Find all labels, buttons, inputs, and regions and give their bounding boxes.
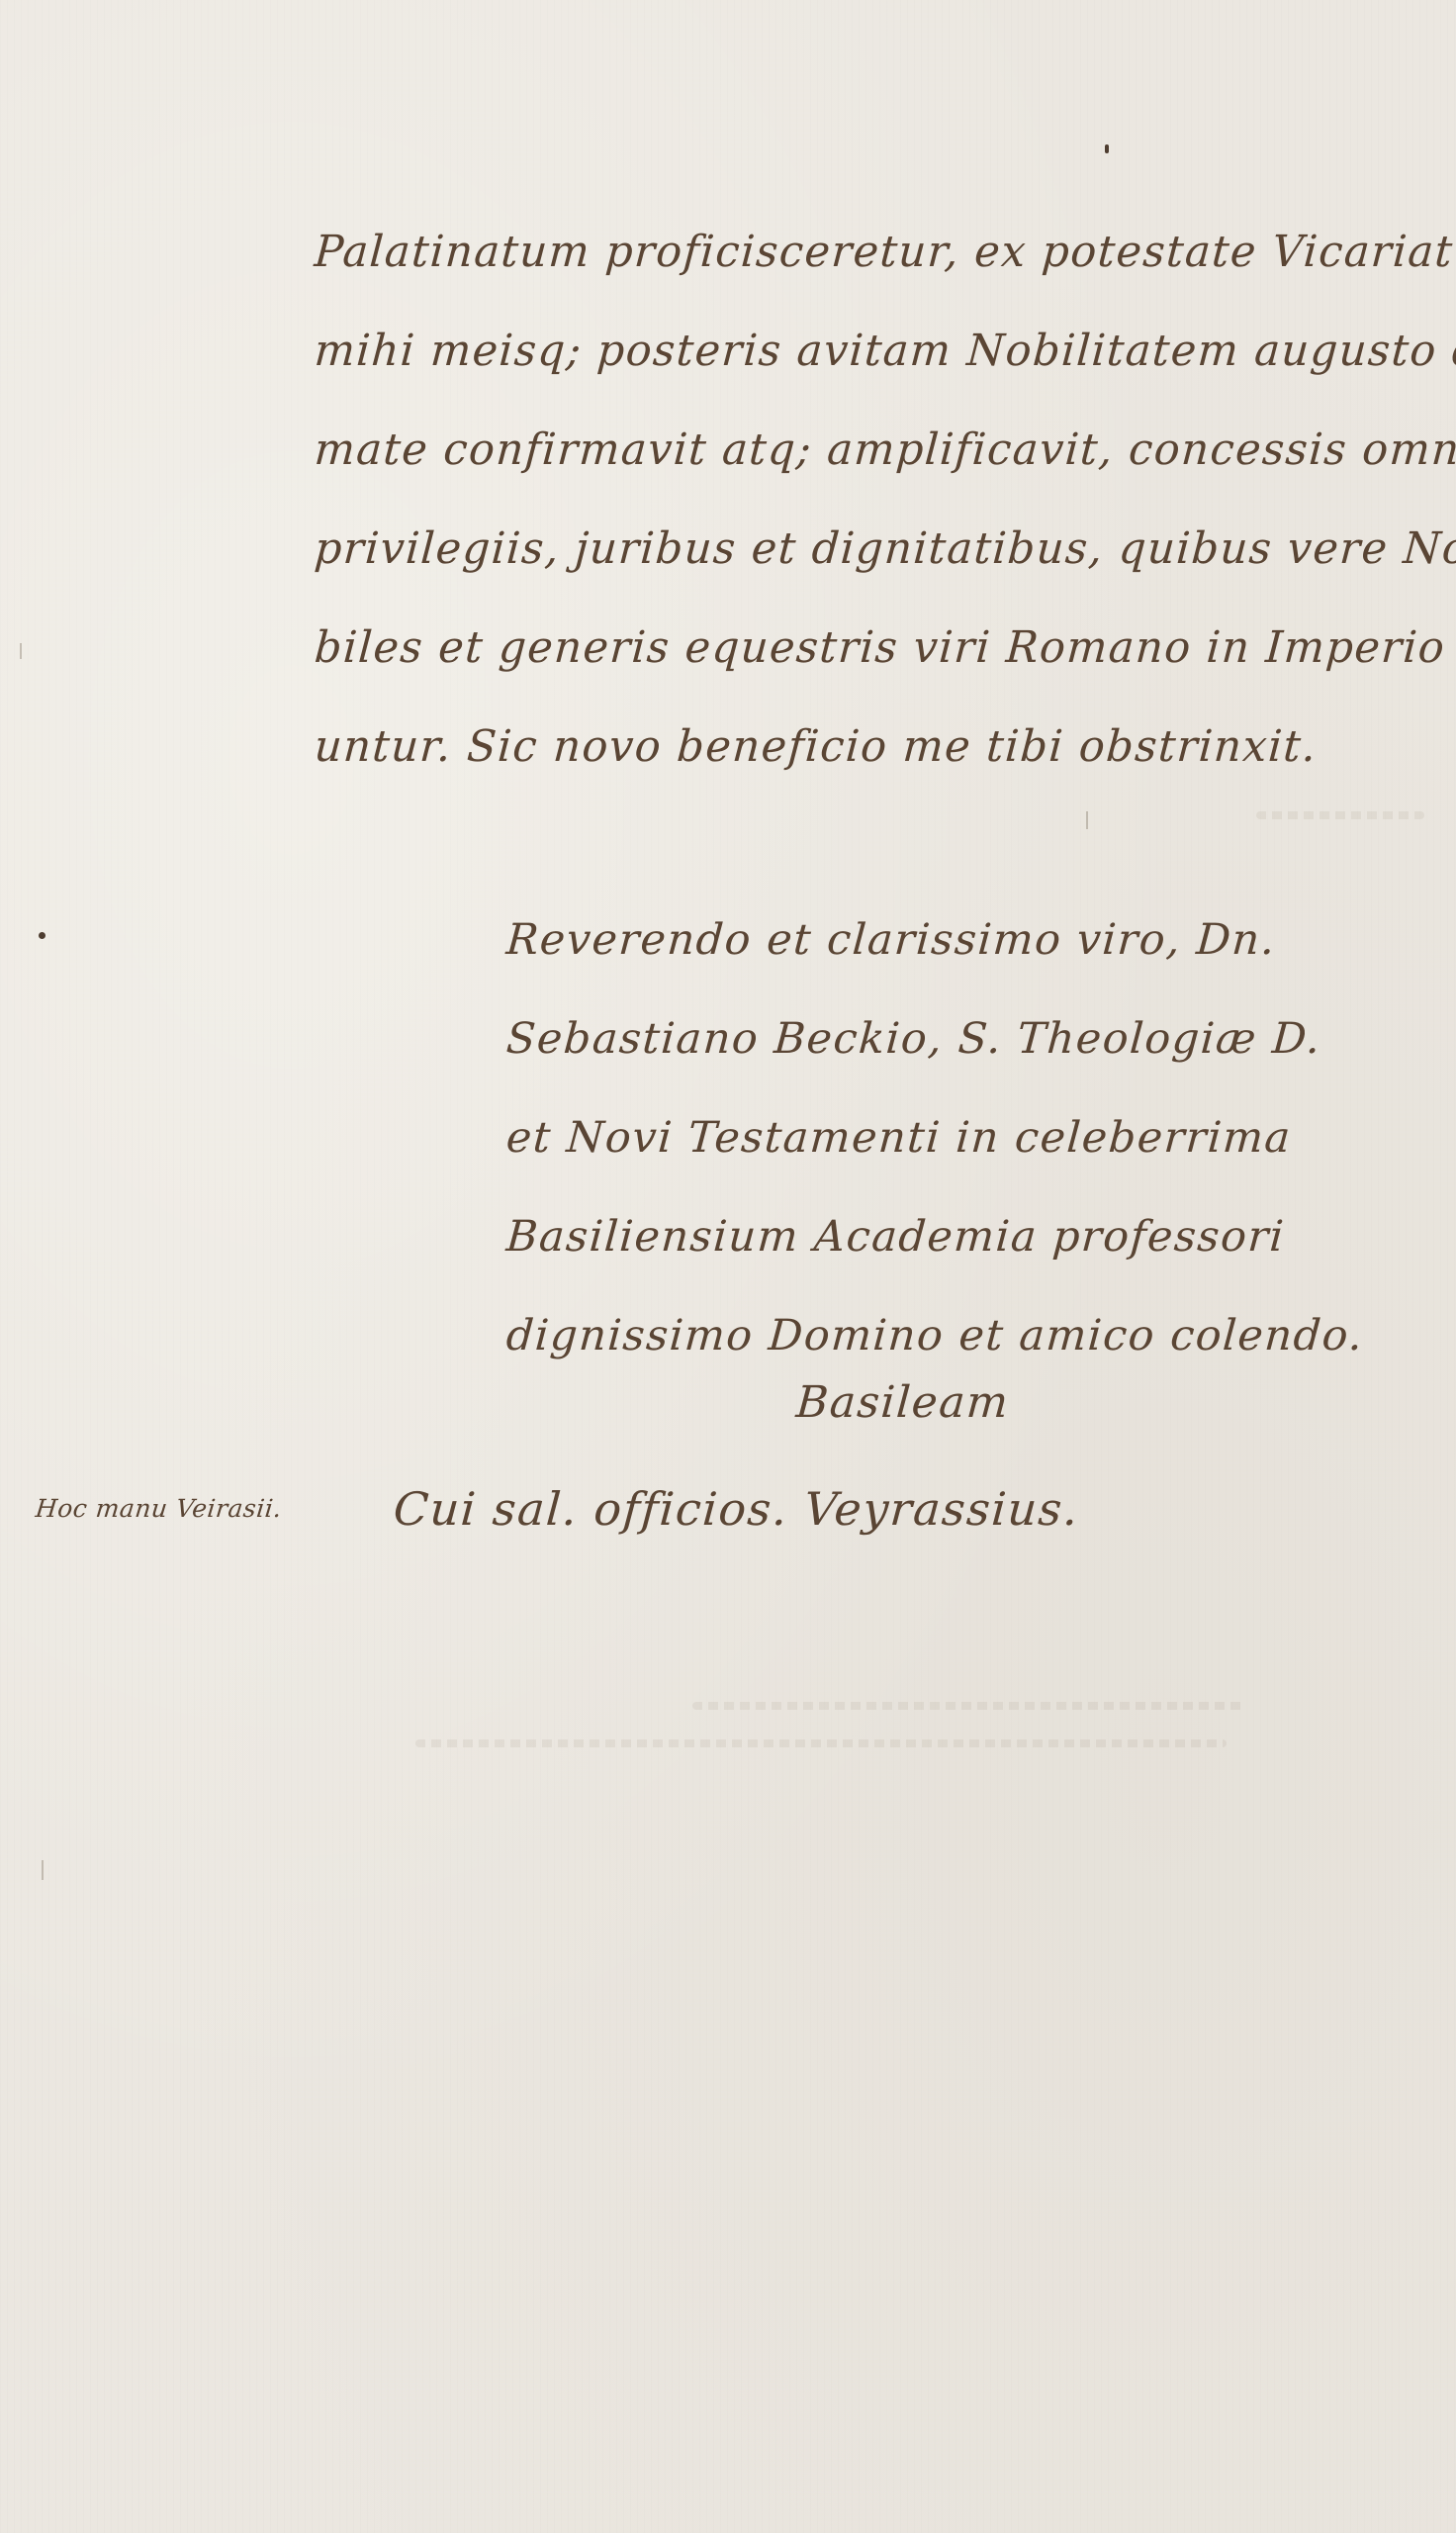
destination-city: Basileam	[793, 1354, 1013, 1453]
manuscript-page: Palatinatum proficisceretur, ex potestat…	[0, 0, 1456, 2533]
faint-mark-low	[42, 1860, 44, 1880]
ink-speck-left-margin	[39, 932, 45, 939]
address-line: Sebastiano Beckio, S. Theologiæ D.	[503, 989, 1223, 1088]
faint-mark-left	[20, 643, 22, 659]
body-line: biles et generis equestris viri Romano i…	[312, 599, 1385, 698]
letter-body: Palatinatum proficisceretur, ex potestat…	[315, 203, 1403, 797]
bleed-through-line-2	[692, 1702, 1246, 1710]
body-line: privilegiis, juribus et dignitatibus, qu…	[312, 500, 1385, 599]
body-line: untur. Sic novo beneficio me tibi obstri…	[312, 698, 1385, 797]
body-line: mate confirmavit atq; amplificavit, conc…	[312, 401, 1385, 500]
ink-speck-top	[1105, 144, 1109, 153]
address-line: Basiliensium Academia professori	[503, 1187, 1223, 1286]
closing-signature: Cui sal. officios. Veyrassius.	[391, 1459, 1083, 1558]
margin-note: Hoc manu Veirasii.	[32, 1469, 286, 1548]
address-line: Reverendo et clarissimo viro, Dn.	[503, 891, 1223, 989]
address-block: Reverendo et clarissimo viro, Dn. Sebast…	[506, 891, 1219, 1385]
faint-mark-mid	[1086, 811, 1088, 829]
bleed-through-line-1	[1256, 811, 1424, 819]
address-line: et Novi Testamenti in celeberrima	[503, 1088, 1223, 1187]
bleed-through-line-3	[415, 1739, 1227, 1747]
body-line: mihi meisq; posteris avitam Nobilitatem …	[312, 302, 1385, 401]
body-line: Palatinatum proficisceretur, ex potestat…	[312, 203, 1385, 302]
